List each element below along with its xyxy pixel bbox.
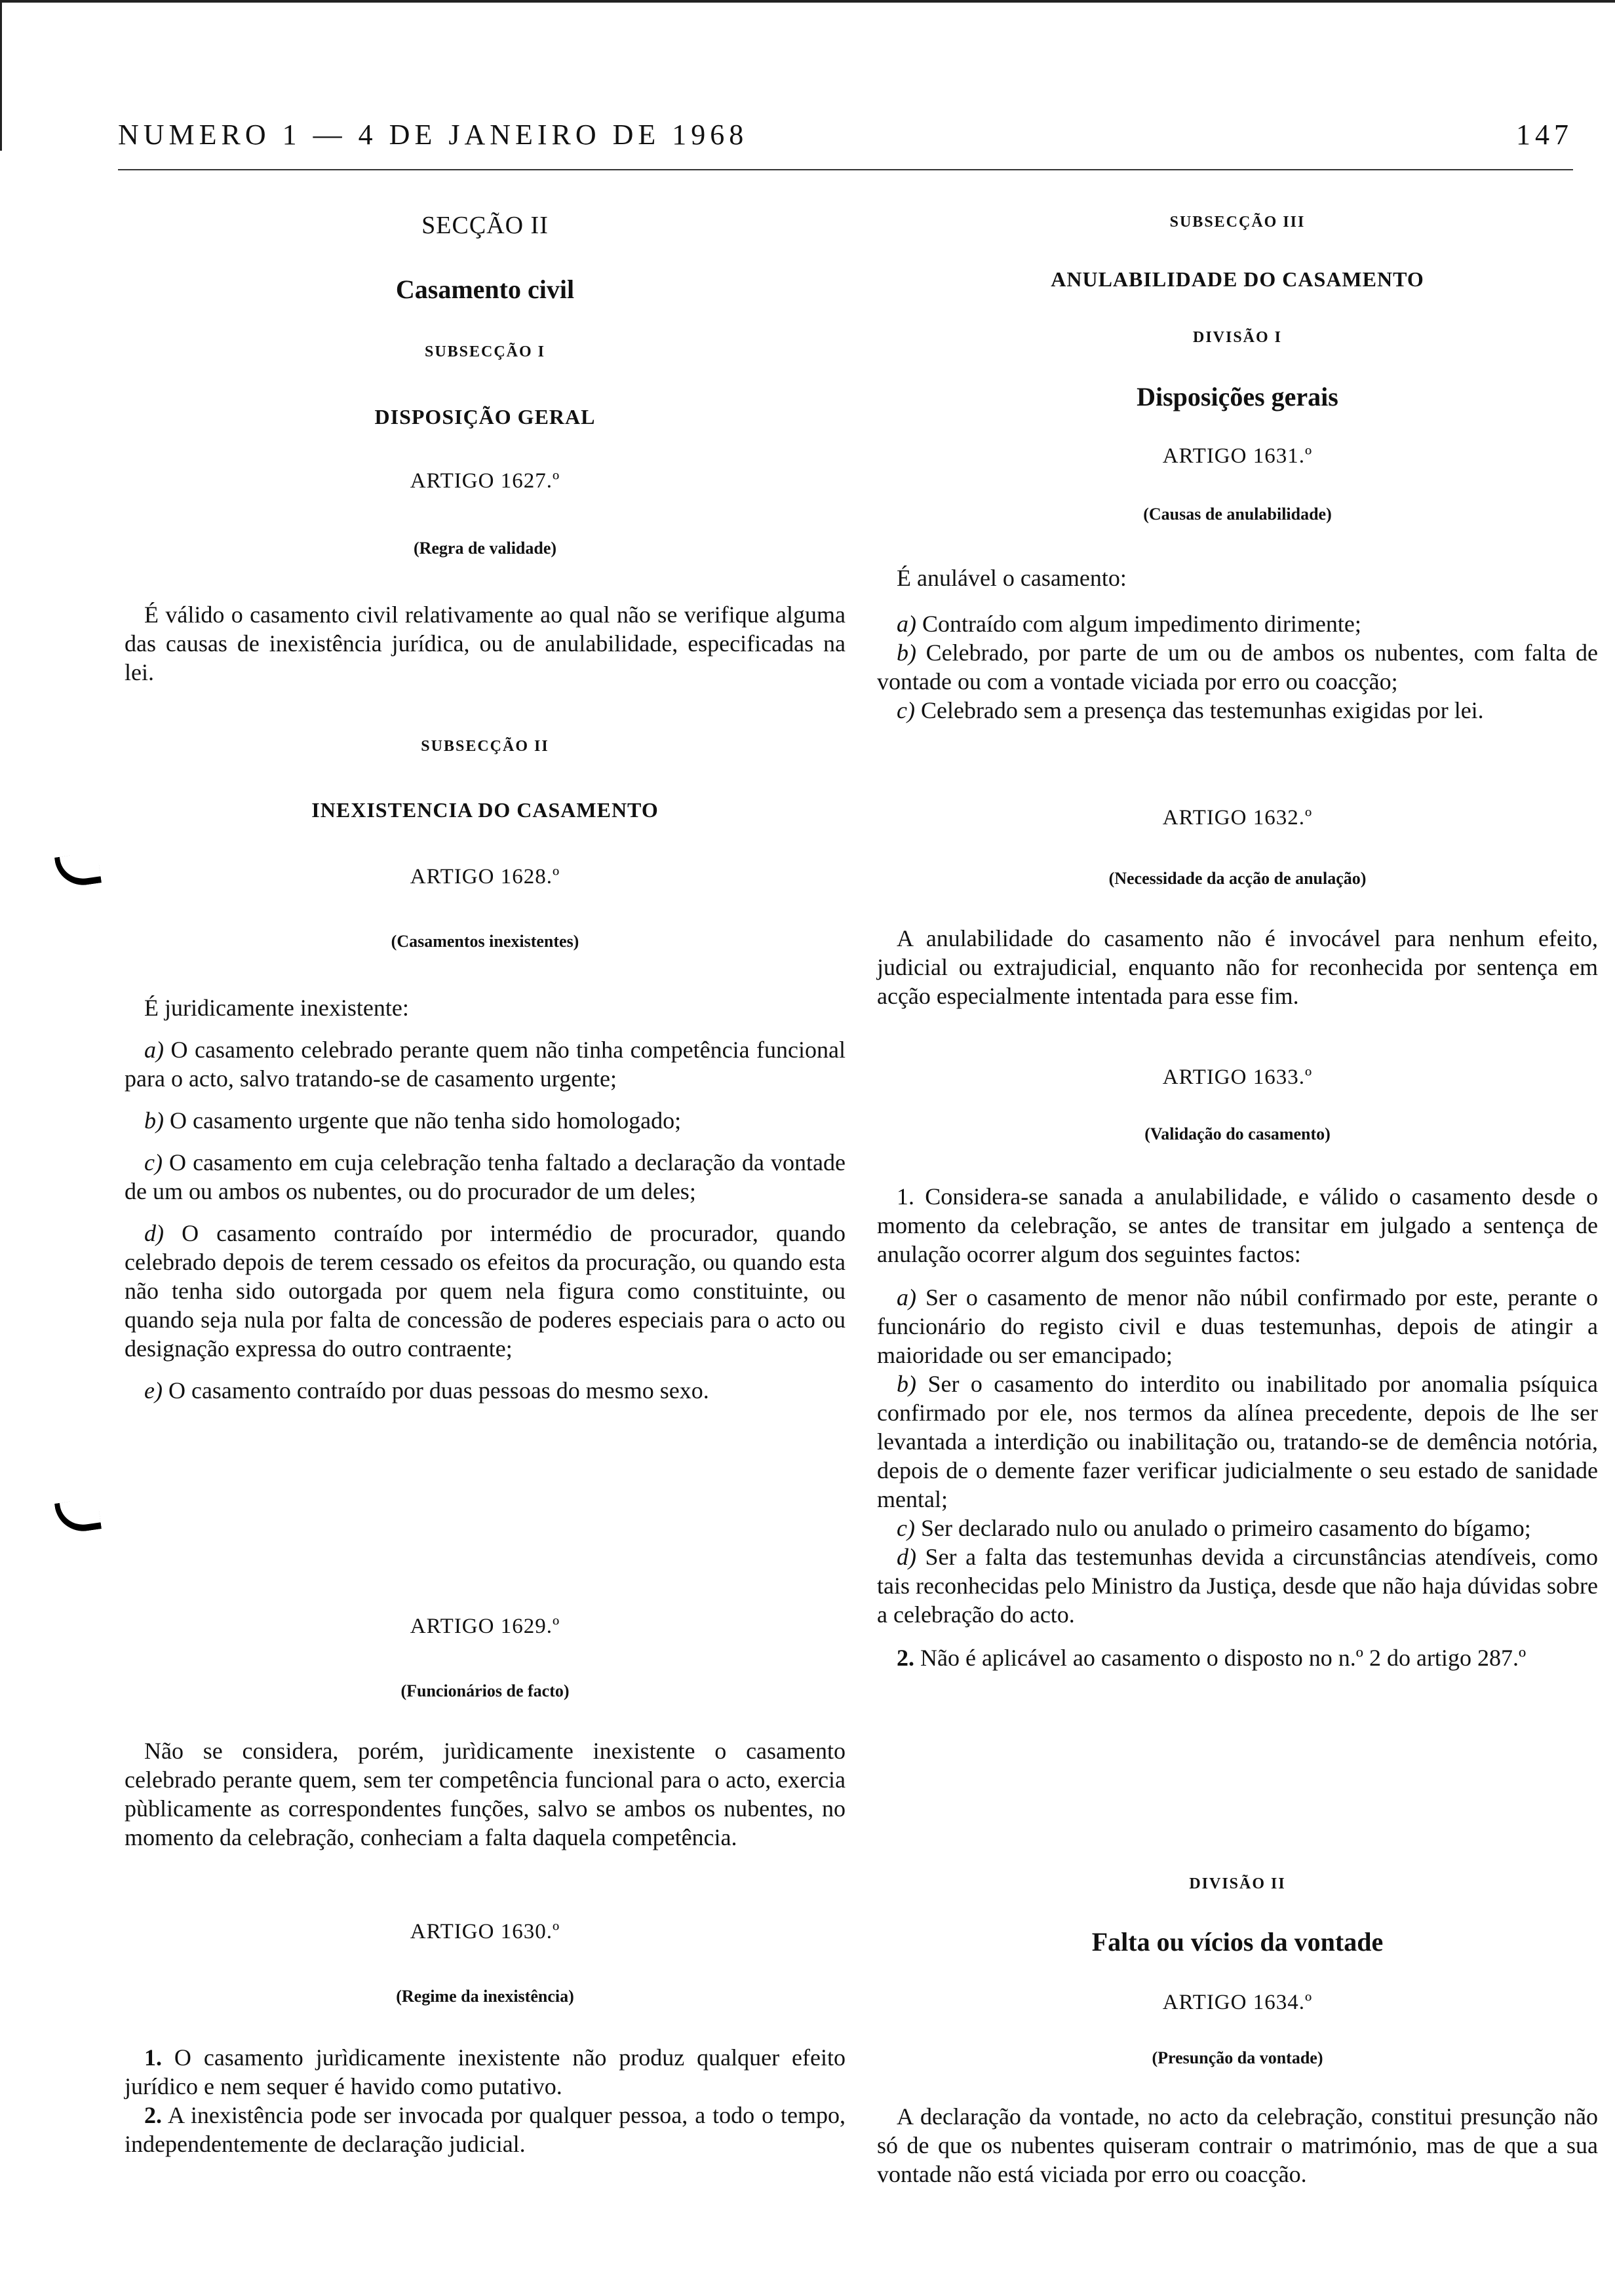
paragraph-intro: É anulável o casamento: — [877, 564, 1598, 592]
article-epigraph: (Causas de anulabilidade) — [877, 505, 1598, 524]
article-number: ARTIGO 1634.º — [877, 1991, 1598, 2015]
page-header: NUMERO 1 — 4 DE JANEIRO DE 1968 147 — [118, 118, 1573, 151]
article-body: Não se considera, porém, jurìdicamente i… — [125, 1736, 846, 1852]
division-title: Disposições gerais — [877, 381, 1598, 412]
binder-hole-mark-icon — [54, 852, 102, 889]
article-epigraph: (Regime da inexistência) — [125, 1987, 846, 2006]
paragraph: É válido o casamento civil relativamente… — [125, 600, 846, 687]
article-epigraph: (Presunção da vontade) — [877, 2048, 1598, 2068]
division-label: DIVISÃO I — [877, 329, 1598, 347]
list-item: b) O casamento urgente que não tenha sid… — [125, 1106, 846, 1135]
article-number: ARTIGO 1633.º — [877, 1065, 1598, 1090]
article-body: É anulável o casamento: a) Contraído com… — [877, 564, 1598, 725]
article-number: ARTIGO 1631.º — [877, 444, 1598, 469]
header-rule — [118, 169, 1573, 170]
subsection-label: SUBSECÇÃO I — [125, 343, 846, 361]
list-item: a) O casamento celebrado perante quem nã… — [125, 1035, 846, 1093]
article-body: 1. Considera-se sanada a anulabilidade, … — [877, 1182, 1598, 1672]
subsection-title: ANULABILIDADE DO CASAMENTO — [877, 267, 1598, 292]
article-body: É válido o casamento civil relativamente… — [125, 600, 846, 687]
list-item: e) O casamento contraído por duas pessoa… — [125, 1376, 846, 1405]
list-item: a) Contraído com algum impedimento dirim… — [877, 609, 1598, 638]
numbered-paragraph: 1. Considera-se sanada a anulabilidade, … — [877, 1182, 1598, 1269]
paragraph: Não se considera, porém, jurìdicamente i… — [125, 1736, 846, 1852]
article-epigraph: (Regra de validade) — [125, 539, 846, 558]
article-body: 1. O casamento jurìdicamente inexistente… — [125, 2043, 846, 2158]
division-title: Falta ou vícios da vontade — [877, 1926, 1598, 1957]
article-number: ARTIGO 1632.º — [877, 806, 1598, 830]
paragraph-intro: É juridicamente inexistente: — [125, 993, 846, 1022]
page-number: 147 — [1516, 118, 1573, 151]
list-item: c) Celebrado sem a presença das testemun… — [877, 696, 1598, 725]
article-number: ARTIGO 1630.º — [125, 1920, 846, 1944]
article-body: É juridicamente inexistente: a) O casame… — [125, 993, 846, 1405]
list-item: b) Celebrado, por parte de um ou de ambo… — [877, 638, 1598, 696]
binder-hole-mark-icon — [54, 1498, 102, 1535]
numbered-paragraph: 2. A inexistência pode ser invocada por … — [125, 2101, 846, 2158]
article-body: A anulabilidade do casamento não é invoc… — [877, 924, 1598, 1010]
subsection-label: SUBSECÇÃO II — [125, 738, 846, 756]
subsection-title: INEXISTENCIA DO CASAMENTO — [125, 798, 846, 822]
paragraph: A declaração da vontade, no acto da cele… — [877, 2102, 1598, 2189]
section-label: SECÇÃO II — [125, 211, 846, 240]
scan-edge-left — [0, 0, 2, 151]
list-item: d) O casamento contraído por intermédio … — [125, 1219, 846, 1363]
article-number: ARTIGO 1628.º — [125, 865, 846, 889]
numbered-paragraph: 1. O casamento jurìdicamente inexistente… — [125, 2043, 846, 2101]
numbered-paragraph: 2. Não é aplicável ao casamento o dispos… — [877, 1643, 1598, 1672]
article-body: A declaração da vontade, no acto da cele… — [877, 2102, 1598, 2189]
list-item: c) O casamento em cuja celebração tenha … — [125, 1148, 846, 1206]
paragraph: A anulabilidade do casamento não é invoc… — [877, 924, 1598, 1010]
article-epigraph: (Necessidade da acção de anulação) — [877, 869, 1598, 889]
subsection-label: SUBSECÇÃO III — [877, 214, 1598, 231]
article-epigraph: (Validação do casamento) — [877, 1124, 1598, 1144]
article-number: ARTIGO 1627.º — [125, 469, 846, 493]
article-epigraph: (Casamentos inexistentes) — [125, 932, 846, 951]
list-item: a) Ser o casamento de menor não núbil co… — [877, 1283, 1598, 1369]
article-epigraph: (Funcionários de facto) — [125, 1681, 846, 1701]
division-label: DIVISÃO II — [877, 1875, 1598, 1893]
list-item: b) Ser o casamento do interdito ou inabi… — [877, 1369, 1598, 1514]
issue-date: NUMERO 1 — 4 DE JANEIRO DE 1968 — [118, 118, 748, 151]
article-number: ARTIGO 1629.º — [125, 1615, 846, 1639]
subsection-title: DISPOSIÇÃO GERAL — [125, 405, 846, 429]
section-title: Casamento civil — [125, 274, 846, 305]
scan-edge-top — [0, 0, 1615, 3]
list-item: c) Ser declarado nulo ou anulado o prime… — [877, 1514, 1598, 1542]
list-item: d) Ser a falta das testemunhas devida a … — [877, 1542, 1598, 1629]
